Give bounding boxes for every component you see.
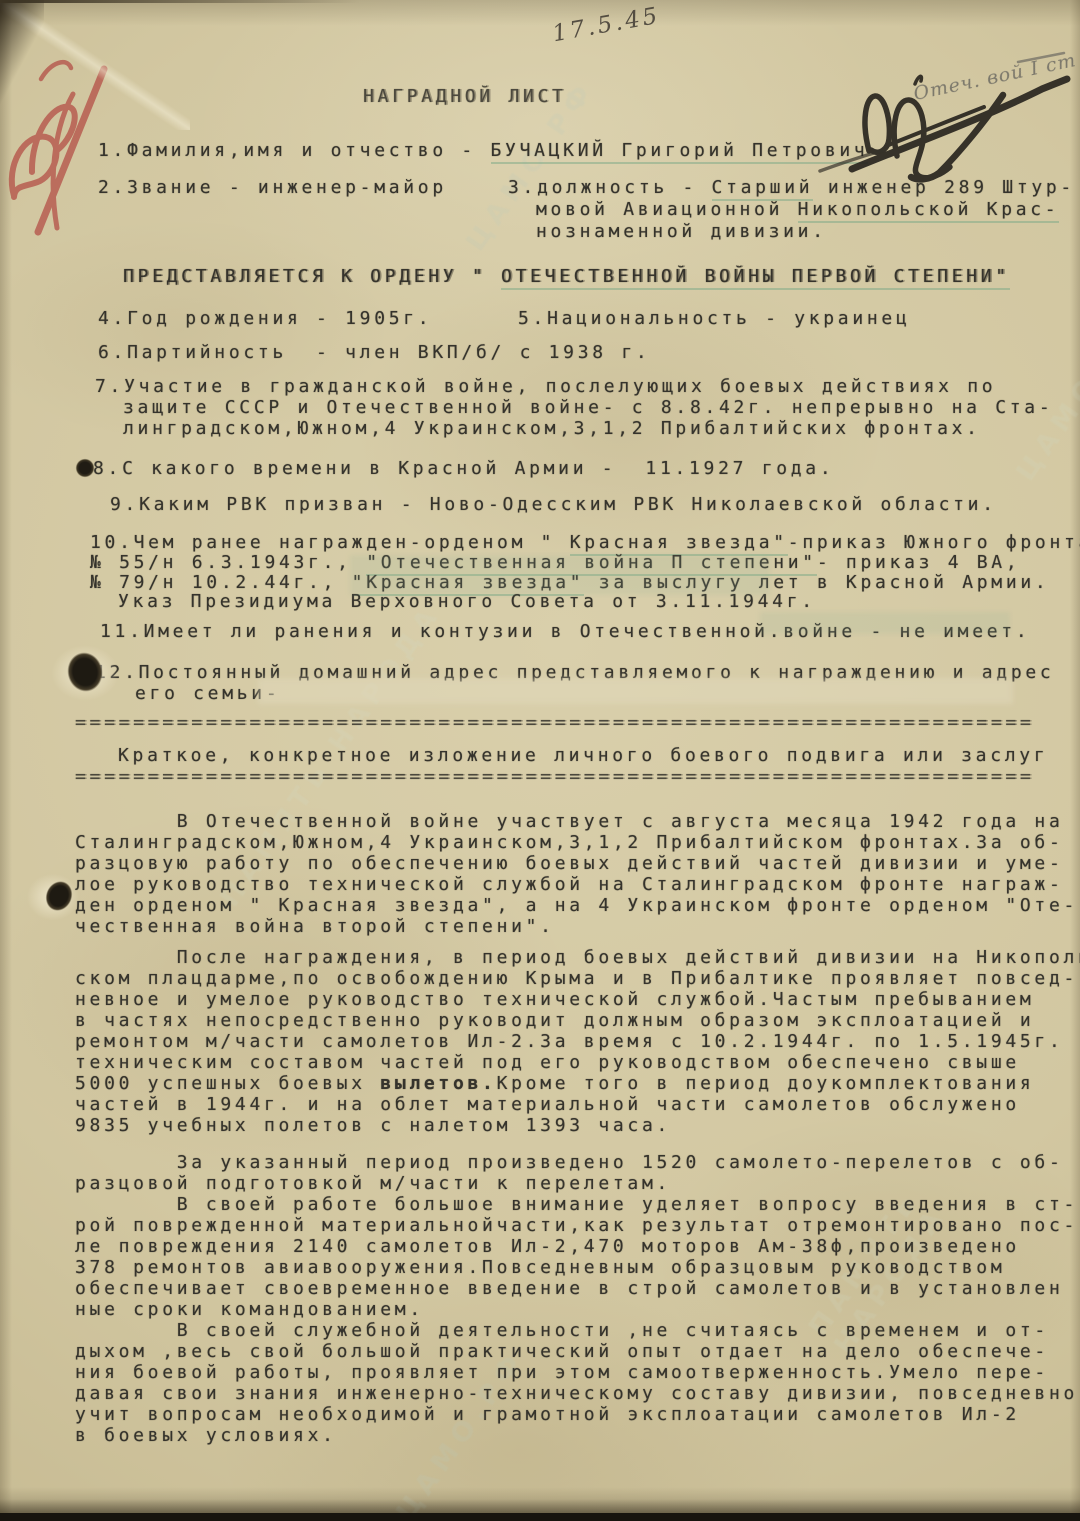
field-3-line2a: мовой Авиационной [536,199,798,220]
field-5-nationality: 5.Национальность - украинец [518,308,911,329]
citation-paragraph-4: В своей работе большое внимание уделяет … [75,1194,1078,1320]
p1-line1: В Отечественной войне участвует с август… [75,811,1078,832]
p2-line4: в частях непосредственно руководит должн… [75,1010,1080,1031]
handwritten-date: 17.5.45 [551,3,663,47]
field-1-name: 1.Фамилия,имя и отчество - БУЧАЦКИЙ Григ… [98,140,868,161]
field-3-label: 3.должность - [508,177,712,198]
field-3-line2: мовой Авиационной Никопольской Крас- [536,199,1075,220]
field-7-line1: 7.Участие в гражданской войне, послелующ… [95,376,1053,397]
field-3-line3: нознаменной дивизии. [536,221,1075,242]
p4-line3: ле повреждения 2140 самолетов Ил-2,470 м… [75,1236,1078,1257]
awardee-name: БУЧАЦКИЙ Григорий Петрович [491,140,869,164]
p5-line4: давая свои знания инженерно-техническому… [75,1383,1078,1404]
p5-line1: В своей служебной деятельности ,не счита… [75,1320,1078,1341]
field-1-label: 1.Фамилия,имя и отчество - [98,140,491,161]
p3-line1: За указанный период произведено 1520 сам… [75,1152,1064,1173]
field-7-line2: защите СССР и Отечественной войне- с 8.8… [123,397,1053,418]
p1-line4: лое руководство технической службой на С… [75,874,1078,895]
p5-line3: ния боевой работы, проявляет при этом са… [75,1362,1078,1383]
field-10-l3a: № 79/н 10.2.44г., [90,572,352,593]
field-6-party: 6.Партийность - член ВКП/б/ с 1938 г. [98,342,650,363]
p2-l7c: Кроме того в период доукомплектования [497,1073,1035,1094]
separator-row: ========================================… [75,712,1034,733]
p2-line5: ремонтом м/части самолетов Ил-2.За время… [75,1031,1080,1052]
p5-line6: в боевых условиях. [75,1425,1078,1446]
field-7-line3: линградском,Южном,4 Украинском,3,1,2 При… [123,418,1053,439]
field-3-line2b: Никопольской Крас- [798,199,1060,223]
field-3-rest: инженер 289 Штур- [813,177,1075,198]
ink-blot [69,452,102,485]
p2-line2: ском плацдарме,по освобождению Крыма и в… [75,968,1080,989]
field-10-line4: Указ Президиума Верховного Совета от 3.1… [118,592,1080,612]
p2-line6: техническим составом частей под его руко… [75,1052,1080,1073]
p5-line5: учит вопросам необходимой и грамотной эк… [75,1404,1078,1425]
field-7-war-participation: 7.Участие в гражданской войне, послелующ… [95,376,1053,439]
field-10-l1a: 10.Чем ранее награжден-орденом " [90,532,570,553]
field-10-l1c: -приказ Южного фронта [788,532,1080,553]
separator-row: ========================================… [75,766,1034,787]
citation-paragraph-1: В Отечественной войне участвует с август… [75,811,1078,937]
green-smudge [350,555,770,595]
p1-line3: разцовую работу по обеспечению боевых де… [75,853,1078,874]
p1-line2: Сталинградском,Южном,4 Украинском,3,1,2 … [75,832,1078,853]
document-title: НАГРАДНОЙ ЛИСТ [363,86,567,107]
field-8-army-since: 8.С какого времени в Красной Армии - 11.… [93,458,834,479]
field-2-rank: 2.Звание - инженер-майор [98,177,447,198]
field-10-l2a: № 55/н 6.3.1943г., [90,552,366,573]
p4-line6: ные сроки командованием. [75,1299,1078,1320]
p5-line2: дыхом ,весь свой большой практический оп… [75,1341,1078,1362]
p4-line4: 378 ремонтов авиавооружения.Повседневным… [75,1257,1078,1278]
presented-to-order-line: ПРЕДСТАВЛЯЕТСЯ К ОРДЕНУ " ОТЕЧЕСТВЕННОЙ … [123,266,1010,287]
order-name: ОТЕЧЕСТВЕННОЙ ВОЙНЫ ПЕРВОЙ СТЕПЕНИ" [501,266,1010,290]
p2-l7a: 5000 успешных боевых [75,1073,380,1094]
p2-line1: После награждения, в период боевых дейст… [75,947,1080,968]
field-10-l2c: - приказ 4 ВА, [817,552,1021,573]
p2-line7: 5000 успешных боевых вылетов.Кроме того … [75,1073,1080,1094]
scan-edge-bottom [0,1513,1080,1521]
torn-corner [0,0,44,110]
presented-prefix: ПРЕДСТАВЛЯЕТСЯ К ОРДЕНУ " [123,266,501,287]
field-3-underlined: Старший [712,177,814,201]
field-9-drafted-by: 9.Каким РВК призван - Ново-Одесским РВК … [110,494,997,515]
field-10-line1: 10.Чем ранее награжден-орденом " Красная… [90,533,1080,553]
p4-line5: обеспечивает своевременное введение в ст… [75,1278,1078,1299]
p4-line1: В своей работе большое внимание уделяет … [75,1194,1078,1215]
field-3-line1: 3.должность - Старший инженер 289 Штур- [508,177,1075,198]
citation-paragraph-5: В своей служебной деятельности ,не счита… [75,1320,1078,1446]
p2-line3: невное и умелое руководство технической … [75,989,1080,1010]
field-4-birth-year: 4.Год рождения - 1905г. [98,308,432,329]
sorties-count-bold: вылетов. [380,1073,496,1094]
p2-line9: 9835 учебных полетов с налетом 1393 часа… [75,1115,1080,1136]
p4-line2: рой поврежденной материальнойчасти,как р… [75,1215,1078,1236]
citation-paragraph-3: За указанный период произведено 1520 сам… [75,1152,1064,1194]
p1-line5: ден орденом " Красная звезда", а на 4 Ук… [75,895,1078,916]
summary-heading: Краткое, конкретное изложение личного бо… [118,745,1048,766]
green-smudge [760,612,1010,634]
p2-line8: частей в 1944г. и на облет материальной … [75,1094,1080,1115]
scan-edge-top [0,0,360,3]
p3-line2: разцовой подготовкой м/части к перелетам… [75,1173,1064,1194]
erased-text-smudge [258,678,1013,704]
document-page: ЦАМО.РФ ЦАМО.РФ ПАМЯТЬ НАРОДА ЦАМО.РФ ПА… [0,0,1080,1521]
citation-paragraph-2: После награждения, в период боевых дейст… [75,947,1080,1136]
pencil-note: Отеч. вой I ст [912,49,1079,105]
p1-line6: чественная война второй степени". [75,916,1078,937]
field-3-position: 3.должность - Старший инженер 289 Штур- … [508,177,1075,242]
